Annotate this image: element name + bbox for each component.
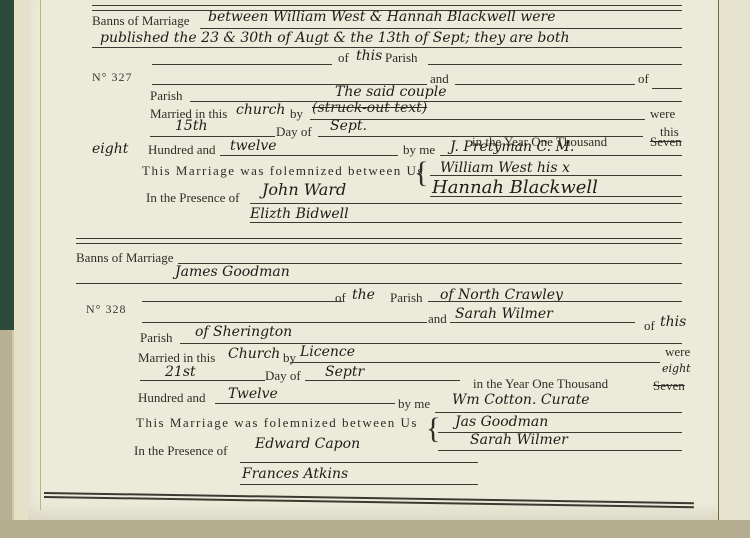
form-line xyxy=(140,380,265,381)
month-value: Sept. xyxy=(330,118,367,134)
were-label: were xyxy=(650,106,675,122)
brace: { xyxy=(426,414,440,444)
of-parish-value: this xyxy=(356,48,382,64)
form-line xyxy=(455,84,635,85)
form-line xyxy=(428,301,682,302)
seven-label: Seven xyxy=(650,134,682,150)
solemnized-label: This Marriage was folemnized between Us xyxy=(136,415,418,431)
entry-number: N° 327 xyxy=(92,70,132,85)
form-line xyxy=(180,343,682,344)
parish-label: Parish xyxy=(140,330,173,346)
parish-label: Parish xyxy=(150,88,183,104)
banns-text-line1: between William West & Hannah Blackwell … xyxy=(208,9,555,25)
solemnized-label: This Marriage was folemnized between Us xyxy=(142,163,424,179)
witness1-value: John Ward xyxy=(262,180,346,199)
by-label: by xyxy=(283,350,296,366)
parish-value: The said couple xyxy=(335,84,447,100)
were-label: were xyxy=(665,344,690,360)
by-label: by xyxy=(290,106,303,122)
form-line xyxy=(142,301,342,302)
form-line xyxy=(142,322,427,323)
form-line xyxy=(652,88,682,89)
brace: { xyxy=(414,158,428,188)
year-correction: eight xyxy=(662,362,691,375)
form-line xyxy=(200,28,682,29)
banns-text-line2: published the 23 & 30th of Augt & the 13… xyxy=(100,30,569,46)
book-cover-edge xyxy=(0,330,12,538)
form-line xyxy=(92,47,682,48)
presence-label: In the Presence of xyxy=(146,190,240,206)
banns-label: Banns of Marriage xyxy=(76,250,173,266)
day-of-label: Day of xyxy=(265,368,301,384)
form-line xyxy=(250,203,682,204)
form-line xyxy=(76,283,682,284)
form-line xyxy=(430,196,682,197)
officiant-value: Wm Cotton. Curate xyxy=(452,392,590,408)
of-the-value: the xyxy=(352,287,375,303)
witness2-value: Elizth Bidwell xyxy=(250,206,349,222)
witness1-value: Edward Capon xyxy=(255,436,360,452)
book-bottom-edge xyxy=(0,520,750,538)
bride-of-value: this xyxy=(660,314,686,330)
party1-value: William West his x xyxy=(440,160,570,176)
seven-label: Seven xyxy=(653,378,685,394)
of-label: of xyxy=(338,50,349,66)
form-line xyxy=(305,380,460,381)
form-line xyxy=(428,64,682,65)
groom-value: James Goodman xyxy=(175,264,290,280)
witness2-value: Frances Atkins xyxy=(242,466,348,482)
form-line xyxy=(152,64,332,65)
hundred-label: Hundred and xyxy=(138,390,206,406)
party2-value: Sarah Wilmer xyxy=(470,432,568,448)
form-line xyxy=(438,450,682,451)
of-label: of xyxy=(638,71,649,87)
form-line xyxy=(440,155,682,156)
page-edge-line xyxy=(40,0,41,510)
party1-value: Jas Goodman xyxy=(455,414,548,430)
form-line xyxy=(435,412,682,413)
and-label: and xyxy=(428,311,447,327)
parish-value: of Sherington xyxy=(195,324,292,340)
facing-page xyxy=(718,0,750,538)
month-value: Septr xyxy=(325,364,364,380)
form-line xyxy=(450,322,635,323)
form-line xyxy=(430,175,682,176)
parish-label: Parish xyxy=(385,50,418,66)
form-line xyxy=(250,222,682,223)
by-value: Licence xyxy=(300,344,355,360)
form-line xyxy=(290,362,660,363)
of-label: of xyxy=(644,318,655,334)
form-line xyxy=(240,484,478,485)
presence-label: In the Presence of xyxy=(134,443,228,459)
of-label: of xyxy=(335,290,346,306)
year-margin-note: eight xyxy=(92,141,128,157)
year-label: in the Year One Thousand xyxy=(473,376,608,392)
form-line xyxy=(215,403,395,404)
party2-value: Hannah Blackwell xyxy=(432,177,598,198)
day-value: 21st xyxy=(165,364,196,380)
form-line xyxy=(220,155,398,156)
day-of-label: Day of xyxy=(276,124,312,140)
hundred-value: twelve xyxy=(230,138,277,154)
by-me-label: by me xyxy=(398,396,430,412)
day-value: 15th xyxy=(175,118,207,134)
parish-label: Parish xyxy=(390,290,423,306)
officiant-value: J. Pretyman C. M. xyxy=(450,139,574,155)
hundred-value: Twelve xyxy=(228,386,278,402)
form-line xyxy=(150,136,275,137)
entry-number: N° 328 xyxy=(86,302,126,317)
by-value-struck: (struck-out text) xyxy=(312,100,427,116)
bride-value: Sarah Wilmer xyxy=(455,306,553,322)
hundred-label: Hundred and xyxy=(148,142,216,158)
married-in-value: Church xyxy=(228,346,280,362)
entry-divider xyxy=(76,238,682,244)
married-in-value: church xyxy=(236,102,285,118)
form-line xyxy=(240,462,478,463)
banns-label: Banns of Marriage xyxy=(92,13,189,29)
